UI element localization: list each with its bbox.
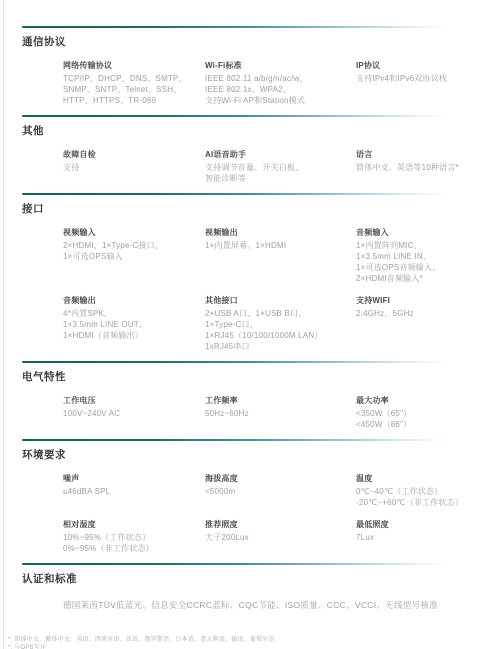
spec-row: 视频输入 2×HDMI、1×Type-C接口、 1×可选OPS输入 视频输出 1…: [63, 228, 470, 284]
section-environment: 环境要求 噪声 ≤46dBA SPL 海拔高度 <5000m 温度 0℃~40℃…: [0, 439, 478, 554]
spec-cell-altitude: 海拔高度 <5000m: [205, 474, 356, 497]
spec-cell-audio-input: 音频输入 1×内置阵列MIC、 1×3.5mm LINE IN、 1×可选OPS…: [356, 228, 470, 284]
spec-row: 故障自检 支持 AI语音助手 支持调节音量、开关白板、 智能诊断等 语言 简体中…: [63, 150, 470, 184]
spec-cell-video-input: 视频输入 2×HDMI、1×Type-C接口、 1×可选OPS输入: [63, 228, 205, 262]
spec-cell-network-protocols: 网络传输协议 TCP/IP、DHCP、DNS、SMTP、 SNMP、SNTP、T…: [63, 61, 205, 106]
spec-label: 故障自检: [63, 150, 197, 160]
spec-label: 最低照度: [356, 520, 462, 530]
left-border-line: [3, 0, 4, 649]
spec-cell-wifi-standard: Wi-Fi标准 IEEE 802.11 a/b/g/n/ac/w、 IEEE 8…: [205, 61, 356, 106]
footnote-ops: *: 与OPS互斥: [8, 645, 470, 649]
spec-row: 音频输出 4*内置SPK、 1×3.5mm LINE OUT、 1×HDMI（音…: [63, 296, 470, 352]
section-title-electrical: 电气特性: [22, 370, 456, 384]
spec-label: 视频输入: [63, 228, 197, 238]
section-divider: [22, 26, 466, 28]
spec-cell-humidity: 相对湿度 10%~95%（工作状态） 0%~95%（非工作状态）: [63, 520, 205, 554]
section-title-communication-protocol: 通信协议: [22, 35, 456, 49]
spec-cell-ai-assistant: AI语音助手 支持调节音量、开关白板、 智能诊断等: [205, 150, 356, 184]
spec-label: 噪声: [63, 474, 197, 484]
spec-cell-recommended-illuminance: 推荐照度 大于200Lux: [205, 520, 356, 543]
spec-cell-noise: 噪声 ≤46dBA SPL: [63, 474, 205, 497]
spec-cell-ip-protocol: IP协议 支持IPv4和IPv6双协议栈: [356, 61, 470, 84]
spec-label: 音频输出: [63, 296, 197, 306]
section-title-interface: 接口: [22, 202, 456, 216]
spec-cell-minimum-illuminance: 最低照度 7Lux: [356, 520, 470, 543]
spec-value: 7Lux: [356, 532, 462, 543]
spec-label: 音频输入: [356, 228, 462, 238]
spec-cell-language: 语言 简体中文、英语等10种语言*: [356, 150, 470, 173]
spec-row: 噪声 ≤46dBA SPL 海拔高度 <5000m 温度 0℃~40℃（工作状态…: [63, 474, 470, 508]
spec-cell-temperature: 温度 0℃~40℃（工作状态） -20℃~+60℃（非工作状态）: [356, 474, 470, 508]
spec-row: 工作电压 100V~240V AC 工作频率 50Hz~60Hz 最大功率 <3…: [63, 396, 470, 430]
spec-label: IP协议: [356, 61, 462, 71]
spec-label: 推荐照度: [205, 520, 348, 530]
spec-label: 相对湿度: [63, 520, 197, 530]
spec-cell-frequency: 工作频率 50Hz~60Hz: [205, 396, 356, 419]
section-divider: [22, 193, 466, 195]
spec-value: IEEE 802.11 a/b/g/n/ac/w、 IEEE 802.1x、WP…: [205, 73, 348, 106]
section-electrical: 电气特性 工作电压 100V~240V AC 工作频率 50Hz~60Hz 最大…: [0, 361, 478, 430]
spec-label: 语言: [356, 150, 462, 160]
spec-value: <350W（65"） <450W（86"）: [356, 408, 462, 430]
spec-value: 支持调节音量、开关白板、 智能诊断等: [205, 162, 348, 184]
section-certification: 认证和标准 德国莱茵TÜV低蓝光、信息安全CCRC蓝标、CQC节能、ISO质量、…: [0, 563, 478, 611]
spec-cell-audio-output: 音频输出 4*内置SPK、 1×3.5mm LINE OUT、 1×HDMI（音…: [63, 296, 205, 341]
spec-value: 1×内置阵列MIC、 1×3.5mm LINE IN、 1×可选OPS音频输入、…: [356, 240, 462, 284]
section-divider: [22, 439, 466, 441]
spec-value: 2×USB A口、1×USB B口、 1×Type-C口、 1×RJ45（10/…: [205, 308, 348, 352]
spec-row: 相对湿度 10%~95%（工作状态） 0%~95%（非工作状态） 推荐照度 大于…: [63, 520, 470, 554]
section-divider: [22, 115, 466, 117]
spec-value: 简体中文、英语等10种语言*: [356, 162, 462, 173]
section-divider: [22, 361, 466, 363]
spec-value: TCP/IP、DHCP、DNS、SMTP、 SNMP、SNTP、Telnet、S…: [63, 73, 197, 106]
spec-cell-wifi-support: 支持WIFI 2.4GHz、5GHz: [356, 296, 470, 319]
spec-label: AI语音助手: [205, 150, 348, 160]
section-title-environment: 环境要求: [22, 448, 456, 462]
spec-label: 工作电压: [63, 396, 197, 406]
spec-value: 50Hz~60Hz: [205, 408, 348, 419]
spec-value: 1×内置屏幕、1×HDMI: [205, 240, 348, 251]
spec-value: 0℃~40℃（工作状态） -20℃~+60℃（非工作状态）: [356, 486, 462, 508]
spec-value: 2×HDMI、1×Type-C接口、 1×可选OPS输入: [63, 240, 197, 262]
section-interface: 接口 视频输入 2×HDMI、1×Type-C接口、 1×可选OPS输入 视频输…: [0, 193, 478, 352]
spec-value: 大于200Lux: [205, 532, 348, 543]
spec-label: 其他接口: [205, 296, 348, 306]
section-other: 其他 故障自检 支持 AI语音助手 支持调节音量、开关白板、 智能诊断等 语言 …: [0, 115, 478, 184]
spec-label: 视频输出: [205, 228, 348, 238]
spec-label: 网络传输协议: [63, 61, 197, 71]
spec-value: 2.4GHz、5GHz: [356, 308, 462, 319]
section-title-certification: 认证和标准: [22, 572, 456, 586]
spec-cell-other-ports: 其他接口 2×USB A口、1×USB B口、 1×Type-C口、 1×RJ4…: [205, 296, 356, 352]
spec-value: 100V~240V AC: [63, 408, 197, 419]
spec-cell-video-output: 视频输出 1×内置屏幕、1×HDMI: [205, 228, 356, 251]
spec-label: 最大功率: [356, 396, 462, 406]
spec-label: Wi-Fi标准: [205, 61, 348, 71]
spec-cell-self-check: 故障自检 支持: [63, 150, 205, 173]
section-communication-protocol: 通信协议 网络传输协议 TCP/IP、DHCP、DNS、SMTP、 SNMP、S…: [0, 26, 478, 106]
spec-label: 温度: [356, 474, 462, 484]
spec-label: 海拔高度: [205, 474, 348, 484]
spec-label: 支持WIFI: [356, 296, 462, 306]
spec-value: 支持IPv4和IPv6双协议栈: [356, 73, 462, 84]
certification-text: 德国莱茵TÜV低蓝光、信息安全CCRC蓝标、CQC节能、ISO质量、CCC、VC…: [63, 599, 454, 611]
spec-value: 4*内置SPK、 1×3.5mm LINE OUT、 1×HDMI（音频输出）: [63, 308, 197, 341]
footnotes: *: 简体中文、繁体中文、英语、西班牙语、法语、俄罗斯语、日本语、意大利语、德语…: [8, 637, 470, 649]
spec-value: 支持: [63, 162, 197, 173]
spec-cell-max-power: 最大功率 <350W（65"） <450W（86"）: [356, 396, 470, 430]
spec-value: ≤46dBA SPL: [63, 486, 197, 497]
spec-label: 工作频率: [205, 396, 348, 406]
spec-value: <5000m: [205, 486, 348, 497]
spec-cell-voltage: 工作电压 100V~240V AC: [63, 396, 205, 419]
section-title-other: 其他: [22, 124, 456, 138]
spec-sheet-page: 通信协议 网络传输协议 TCP/IP、DHCP、DNS、SMTP、 SNMP、S…: [0, 0, 478, 649]
footnote-languages: *: 简体中文、繁体中文、英语、西班牙语、法语、俄罗斯语、日本语、意大利语、德语…: [8, 637, 470, 645]
section-divider: [22, 563, 466, 565]
spec-row: 网络传输协议 TCP/IP、DHCP、DNS、SMTP、 SNMP、SNTP、T…: [63, 61, 470, 106]
spec-value: 10%~95%（工作状态） 0%~95%（非工作状态）: [63, 532, 197, 554]
